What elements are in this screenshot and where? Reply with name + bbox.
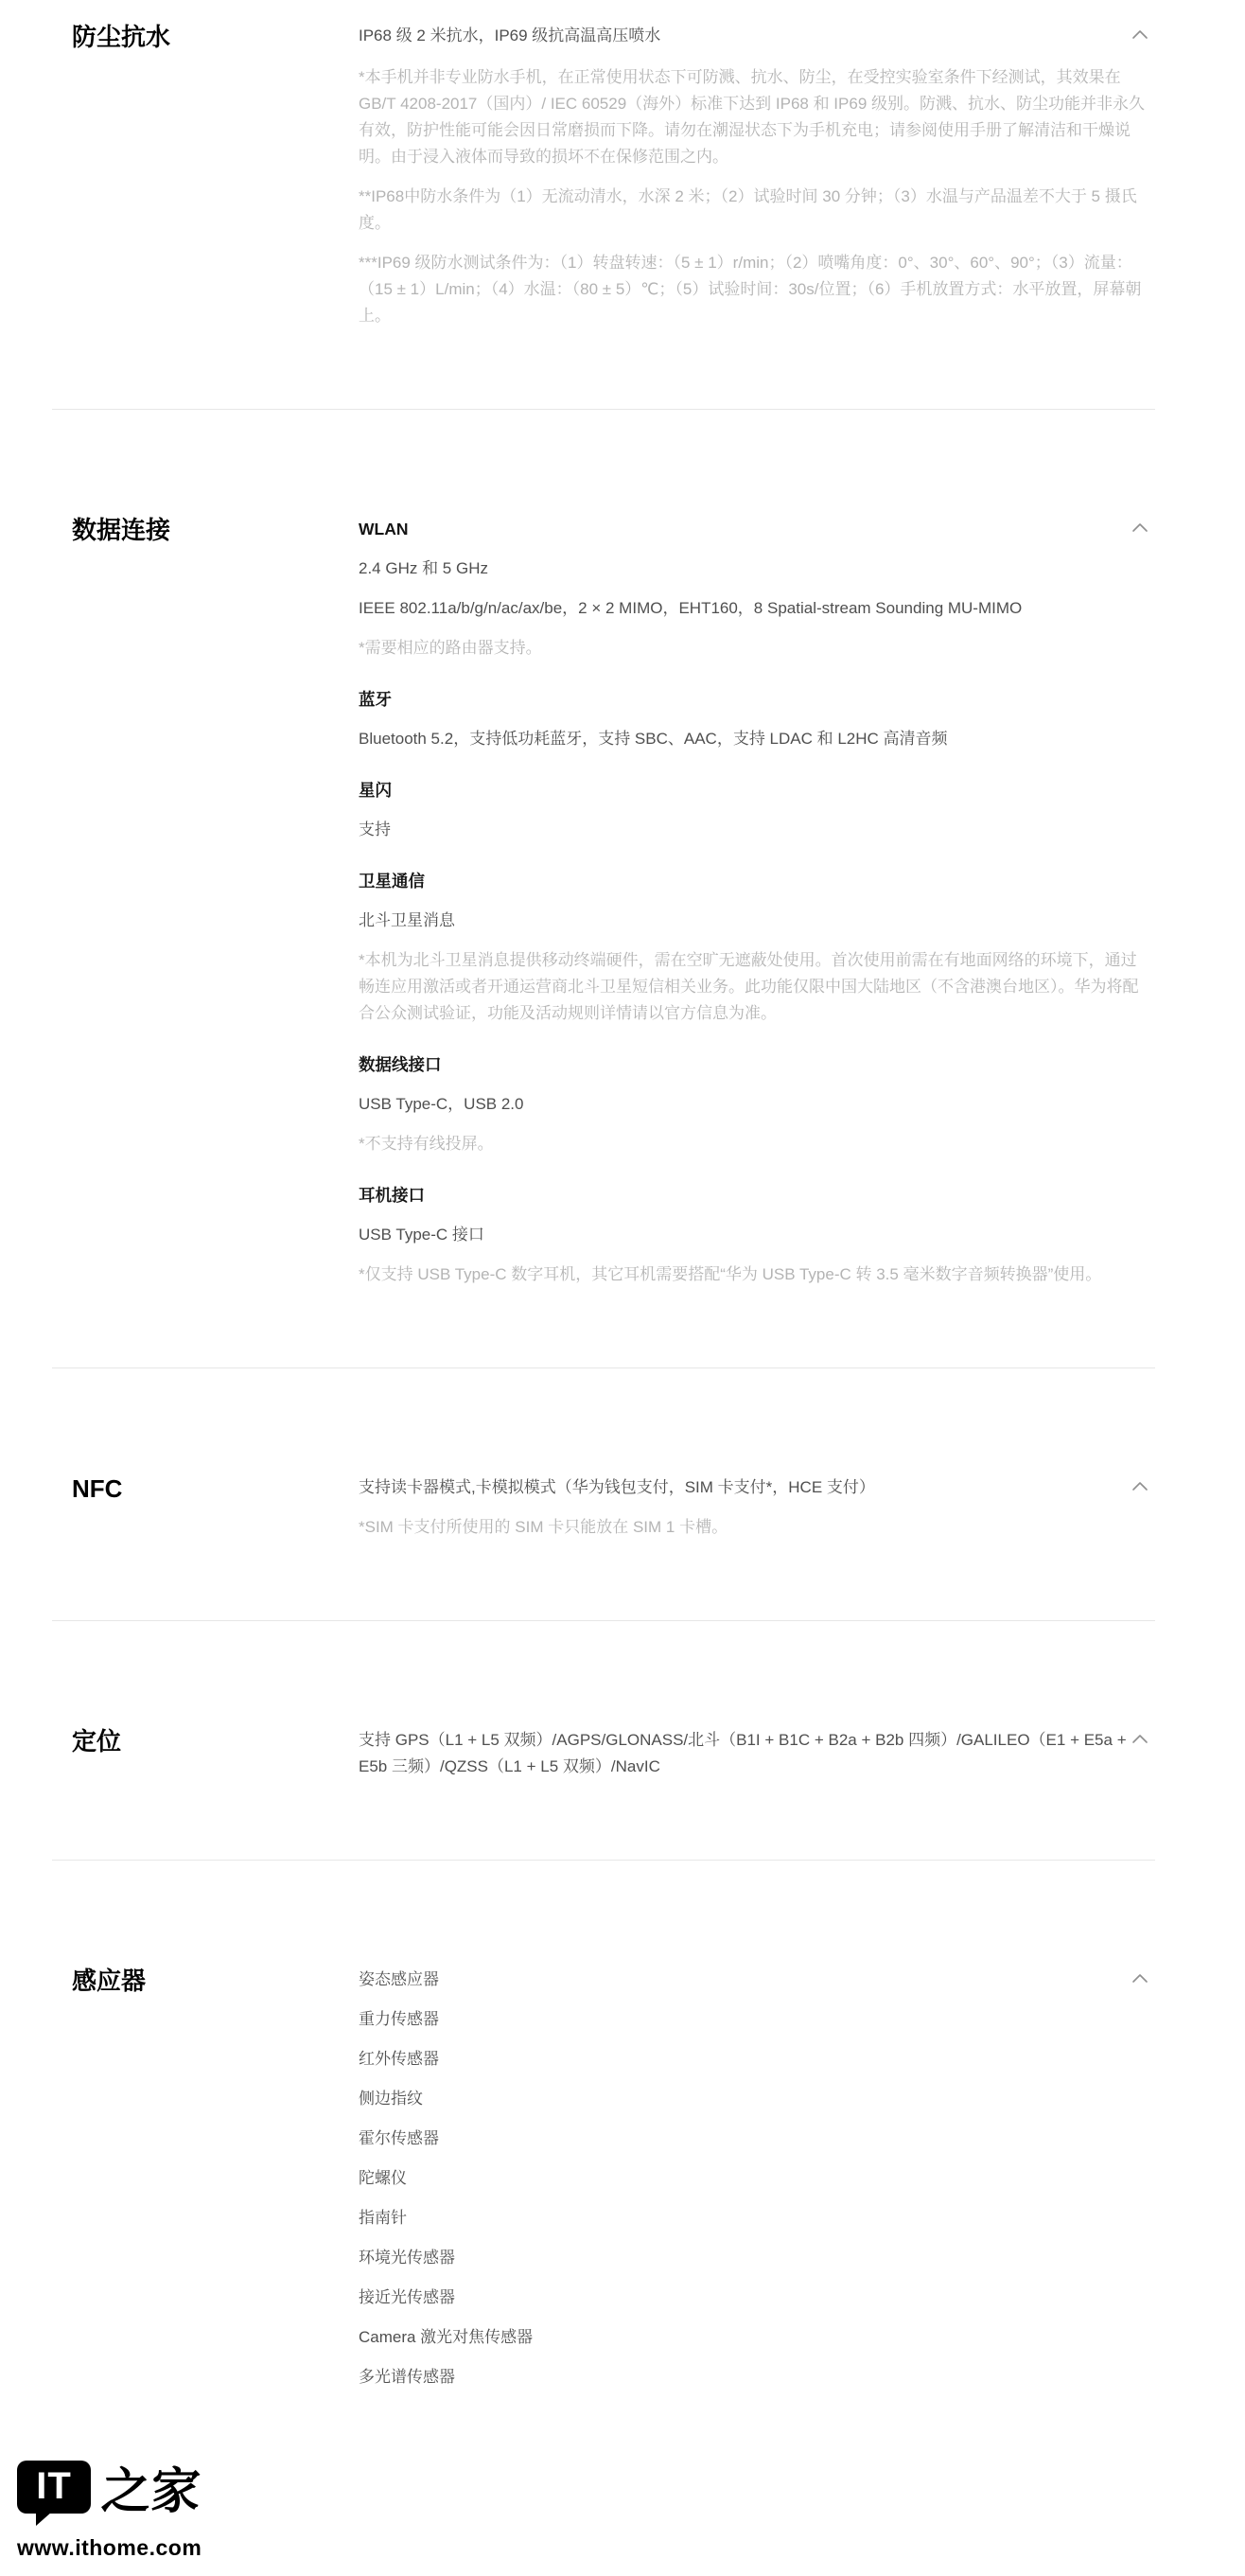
ithome-logo-it-text: IT xyxy=(36,2465,72,2508)
section-label-data-connectivity: 数据连接 xyxy=(72,516,359,1301)
ithome-logo: IT 之家 xyxy=(17,2451,244,2522)
section-content-data-connectivity: WLAN 2.4 GHz 和 5 GHz IEEE 802.11a/b/g/n/… xyxy=(359,516,1150,1301)
cable-port-value: USB Type-C，USB 2.0 xyxy=(359,1091,1150,1118)
section-content-dust-water: IP68 级 2 米抗水，IP69 级抗高温高压喷水 *本手机并非专业防水手机，… xyxy=(359,23,1150,343)
bluetooth-title: 蓝牙 xyxy=(359,686,1150,713)
nearlink-title: 星闪 xyxy=(359,777,1150,803)
nfc-value: 支持读卡器模式,卡模拟模式（华为钱包支付，SIM 卡支付*，HCE 支付） xyxy=(359,1474,1150,1501)
headphone-jack-note: *仅支持 USB Type-C 数字耳机，其它耳机需要搭配“华为 USB Typ… xyxy=(359,1262,1150,1288)
sensor-list-item: 侧边指纹 xyxy=(359,2086,1150,2112)
ithome-logo-script-text: 之家 xyxy=(99,2451,202,2522)
section-sensors: 感应器 姿态感应器 重力传感器 红外传感器 侧边指纹 霍尔传感器 陀螺仪 指南针… xyxy=(0,1861,1245,2442)
nfc-note: *SIM 卡支付所使用的 SIM 卡只能放在 SIM 1 卡槽。 xyxy=(359,1514,1150,1541)
collapse-chevron-icon[interactable] xyxy=(1130,25,1150,45)
sensor-list-item: 霍尔传感器 xyxy=(359,2126,1150,2152)
section-label-sensors: 感应器 xyxy=(72,1967,359,2404)
headphone-jack-value: USB Type-C 接口 xyxy=(359,1222,1150,1248)
water-rating-summary: IP68 级 2 米抗水，IP69 级抗高温高压喷水 xyxy=(359,23,1150,49)
headphone-jack-title: 耳机接口 xyxy=(359,1182,1150,1209)
section-content-positioning: 支持 GPS（L1 + L5 双频）/AGPS/GLONASS/北斗（B1I +… xyxy=(359,1727,1150,1793)
cable-port-title: 数据线接口 xyxy=(359,1051,1150,1078)
section-label-nfc: NFC xyxy=(72,1474,359,1554)
sensor-list-item: 环境光传感器 xyxy=(359,2245,1150,2271)
wlan-note: *需要相应的路由器支持。 xyxy=(359,635,1150,662)
water-note-3: ***IP69 级防水测试条件为：（1）转盘转速：（5 ± 1）r/min；（2… xyxy=(359,250,1150,329)
water-note-1: *本手机并非专业防水手机，在正常使用状态下可防溅、抗水、防尘，在受控实验室条件下… xyxy=(359,64,1150,170)
bluetooth-value: Bluetooth 5.2，支持低功耗蓝牙，支持 SBC、AAC，支持 LDAC… xyxy=(359,726,1150,752)
positioning-value: 支持 GPS（L1 + L5 双频）/AGPS/GLONASS/北斗（B1I +… xyxy=(359,1727,1150,1780)
section-dust-water-resistance: 防尘抗水 IP68 级 2 米抗水，IP69 级抗高温高压喷水 *本手机并非专业… xyxy=(0,0,1245,409)
satellite-value: 北斗卫星消息 xyxy=(359,908,1150,934)
collapse-chevron-icon[interactable] xyxy=(1130,1476,1150,1497)
ithome-watermark: IT 之家 www.ithome.com xyxy=(17,2451,244,2561)
cable-port-note: *不支持有线投屏。 xyxy=(359,1131,1150,1157)
water-note-2: **IP68中防水条件为（1）无流动清水，水深 2 米；（2）试验时间 30 分… xyxy=(359,184,1150,237)
section-positioning: 定位 支持 GPS（L1 + L5 双频）/AGPS/GLONASS/北斗（B1… xyxy=(0,1621,1245,1860)
ithome-logo-bubble-tail xyxy=(36,2512,52,2526)
satellite-note: *本机为北斗卫星消息提供移动终端硬件，需在空旷无遮蔽处使用。首次使用前需在有地面… xyxy=(359,947,1150,1027)
wlan-protocol: IEEE 802.11a/b/g/n/ac/ax/be，2 × 2 MIMO，E… xyxy=(359,595,1150,622)
wlan-title: WLAN xyxy=(359,516,1150,542)
sensor-list-item: 姿态感应器 xyxy=(359,1967,1150,1993)
collapse-chevron-icon[interactable] xyxy=(1130,518,1150,538)
section-content-nfc: 支持读卡器模式,卡模拟模式（华为钱包支付，SIM 卡支付*，HCE 支付） *S… xyxy=(359,1474,1150,1554)
sensor-list-item: 多光谱传感器 xyxy=(359,2364,1150,2391)
sensor-list-item: 陀螺仪 xyxy=(359,2165,1150,2192)
sensor-list-item: Camera 激光对焦传感器 xyxy=(359,2324,1150,2351)
sensor-list-item: 接近光传感器 xyxy=(359,2285,1150,2311)
sensor-list-item: 红外传感器 xyxy=(359,2046,1150,2073)
section-label-dust-water: 防尘抗水 xyxy=(72,23,359,343)
collapse-chevron-icon[interactable] xyxy=(1130,1729,1150,1750)
wlan-frequency: 2.4 GHz 和 5 GHz xyxy=(359,556,1150,582)
satellite-title: 卫星通信 xyxy=(359,868,1150,894)
collapse-chevron-icon[interactable] xyxy=(1130,1968,1150,1989)
section-data-connectivity: 数据连接 WLAN 2.4 GHz 和 5 GHz IEEE 802.11a/b… xyxy=(0,410,1245,1367)
section-nfc: NFC 支持读卡器模式,卡模拟模式（华为钱包支付，SIM 卡支付*，HCE 支付… xyxy=(0,1368,1245,1620)
section-content-sensors: 姿态感应器 重力传感器 红外传感器 侧边指纹 霍尔传感器 陀螺仪 指南针 环境光… xyxy=(359,1967,1150,2404)
sensor-list-item: 重力传感器 xyxy=(359,2006,1150,2033)
ithome-url-text: www.ithome.com xyxy=(17,2535,244,2561)
ithome-logo-bubble-icon: IT xyxy=(17,2461,91,2514)
nearlink-value: 支持 xyxy=(359,817,1150,843)
sensor-list-item: 指南针 xyxy=(359,2205,1150,2232)
section-label-positioning: 定位 xyxy=(72,1727,359,1793)
